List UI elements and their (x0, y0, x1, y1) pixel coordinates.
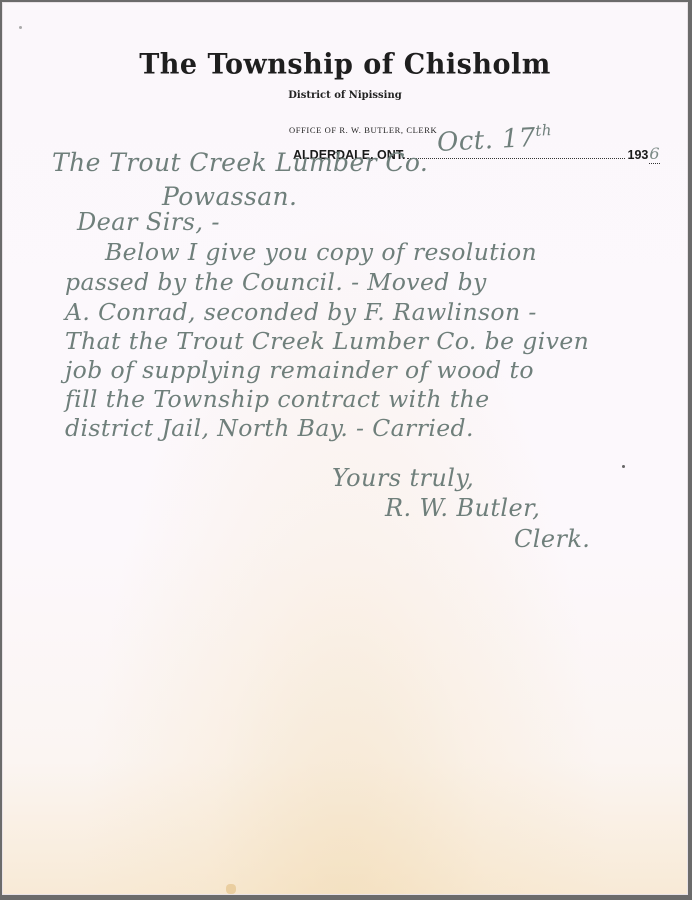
body-line: passed by the Council. - Moved by (65, 268, 487, 296)
office-line: OFFICE OF R. W. BUTLER, CLERK (289, 125, 437, 135)
body-line: district Jail, North Bay. - Carried. (65, 414, 474, 442)
date-suffix: th (535, 121, 552, 140)
signature: R. W. Butler, (385, 494, 540, 522)
handwritten-date: Oct. 17th (436, 121, 553, 158)
body-line: Below I give you copy of resolution (105, 238, 537, 266)
letterhead-subtitle: District of Nipissing (2, 90, 688, 101)
body-line: A. Conrad, seconded by F. Rawlinson - (65, 298, 537, 326)
letter-page: The Township of Chisholm District of Nip… (2, 2, 688, 895)
date-text: Oct. 17 (436, 123, 536, 158)
body-line: That the Trout Creek Lumber Co. be given (65, 327, 589, 355)
closing: Yours truly, (332, 464, 474, 492)
signature-title: Clerk. (514, 525, 590, 553)
letterhead-title: The Township of Chisholm (2, 48, 688, 81)
body-line: job of supplying remainder of wood to (65, 356, 534, 384)
year-prefix: 193 (628, 148, 649, 162)
addressee-name: The Trout Creek Lumber Co. (52, 148, 428, 177)
paper-speck (19, 26, 22, 29)
ink-speck (622, 465, 625, 468)
year-digit: 6 (649, 144, 659, 164)
addressee-location: Powassan. (162, 182, 297, 211)
salutation: Dear Sirs, - (77, 208, 220, 236)
paper-stain (226, 884, 236, 894)
body-line: fill the Township contract with the (65, 385, 490, 413)
